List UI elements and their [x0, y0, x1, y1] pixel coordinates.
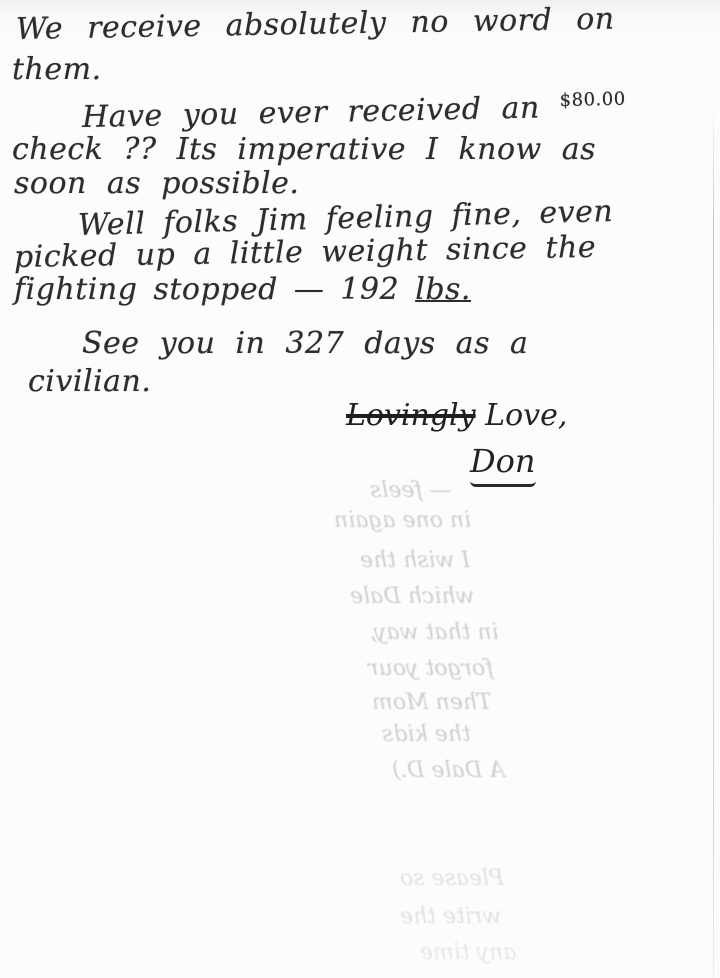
- bleed-through-line: in that way,: [370, 620, 499, 645]
- bleed-through-line: any time: [420, 940, 516, 965]
- bleed-through-line: I wish the: [360, 548, 470, 573]
- closing-word: Love,: [485, 398, 567, 433]
- signature: Don: [470, 442, 536, 487]
- struck-through-word: Lovingly: [346, 398, 476, 433]
- page-edge-line: [713, 100, 714, 978]
- bleed-through-line: Then Mom: [372, 690, 492, 715]
- letter-line: check ?? Its imperative I know as: [12, 132, 596, 167]
- bleed-through-line: — feels: [370, 478, 452, 503]
- letter-line: soon as possible.: [14, 166, 299, 201]
- weight-value: 192: [340, 272, 399, 307]
- letter-line: civilian.: [28, 364, 151, 399]
- bleed-through-line: write the: [400, 904, 501, 929]
- letter-line: See you in 327 days as a: [82, 326, 528, 361]
- letter-line-check-question: Have you ever received an $80.00: [82, 89, 627, 135]
- bleed-through-line: Please so: [400, 866, 504, 891]
- check-amount: $80.00: [559, 89, 625, 111]
- bleed-through-line: which Dale: [350, 584, 474, 609]
- bleed-through-line: the kids: [382, 722, 471, 747]
- bleed-through-line: A Dale D.): [392, 758, 505, 783]
- letter-line: them.: [12, 52, 102, 87]
- bleed-through-line: in one again: [334, 508, 471, 533]
- letter-closing: Lovingly Love,: [346, 398, 567, 433]
- letter-text: fighting stopped —: [14, 272, 324, 307]
- bleed-through-line: forgot your: [368, 656, 493, 681]
- letter-text: Have you ever received an: [82, 90, 541, 135]
- letter-line-weight: fighting stopped — 192 lbs.: [14, 272, 471, 307]
- letter-page: — feels in one again I wish the which Da…: [0, 0, 720, 978]
- letter-line: We receive absolutely no word on: [16, 2, 615, 47]
- weight-unit: lbs.: [415, 272, 471, 307]
